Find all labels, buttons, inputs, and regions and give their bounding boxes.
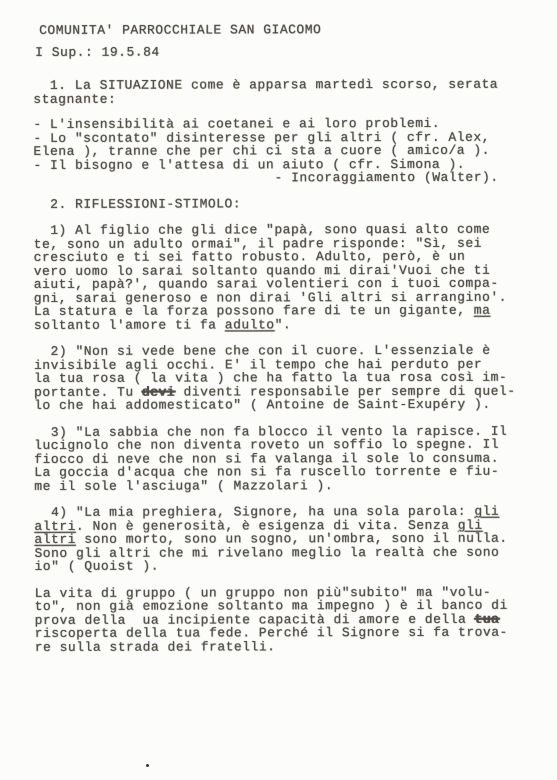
document-title: COMUNITA' PARROCCHIALE SAN GIACOMO (33, 23, 541, 38)
scan-speck (146, 764, 149, 767)
reflection-4-quoist: 4) "La mia preghiera, Signore, ha una so… (34, 505, 542, 574)
scanned-document-page: COMUNITA' PARROCCHIALE SAN GIACOMO I Sup… (0, 0, 557, 780)
document-date-line: I Sup.: 19.5.84 (33, 44, 541, 59)
reflection-1-father-son: 1) Al figlio che gli dice "papà, sono qu… (34, 223, 542, 332)
encouragement-line: - Incoraggiamento (Walter). (33, 171, 541, 186)
section-1-heading: 1. La SITUAZIONE come è apparsa martedì … (33, 78, 541, 106)
situation-bullet-list: - L'insensibilità ai coetanei e ai loro … (33, 117, 541, 172)
reflection-2-saint-exupery: 2) "Non si vede bene che con il cuore. L… (34, 344, 542, 413)
document-body: COMUNITA' PARROCCHIALE SAN GIACOMO I Sup… (0, 0, 557, 780)
closing-paragraph: La vita di gruppo ( un gruppo non più"su… (35, 585, 543, 654)
reflection-3-mazzolari: 3) "La sabbia che non fa blocco il vento… (34, 424, 542, 493)
section-2-heading: 2. RIFLESSIONI-STIMOLO: (34, 196, 542, 211)
